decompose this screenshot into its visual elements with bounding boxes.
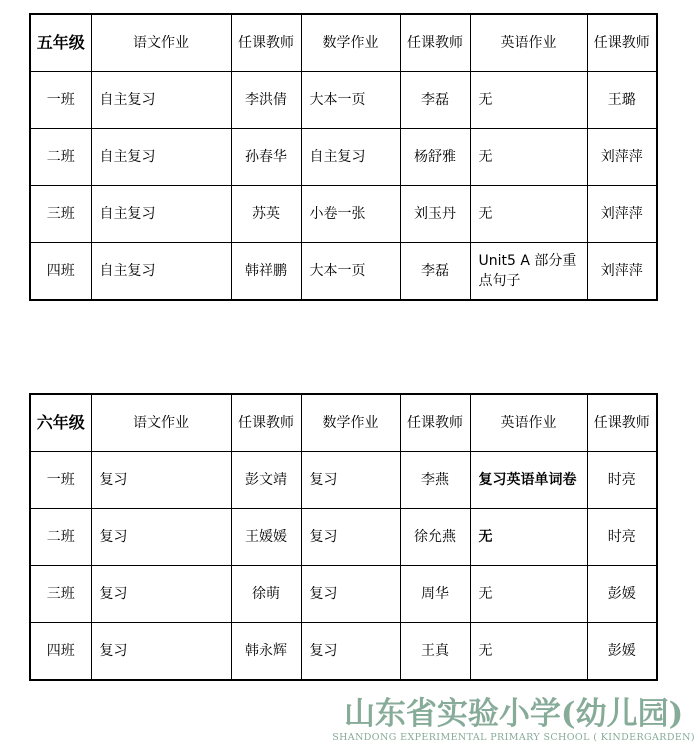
table-row: 四班 复习 韩永辉 复习 王真 无 彭媛	[30, 623, 657, 681]
header-cell: 英语作业	[470, 394, 587, 452]
class-cell: 二班	[30, 509, 91, 566]
teacher-cell: 徐萌	[231, 566, 301, 623]
teacher-cell: 刘萍萍	[587, 243, 657, 301]
english-homework-cell: 复习英语单词卷	[470, 452, 587, 509]
teacher-cell: 刘萍萍	[587, 129, 657, 186]
header-cell: 任课教师	[231, 394, 301, 452]
class-cell: 二班	[30, 129, 91, 186]
grade-label: 五年级	[30, 14, 91, 72]
table-row: 三班 自主复习 苏英 小卷一张 刘玉丹 无 刘萍萍	[30, 186, 657, 243]
table-row: 三班 复习 徐萌 复习 周华 无 彭媛	[30, 566, 657, 623]
chinese-homework-cell: 复习	[91, 623, 231, 681]
header-cell: 数学作业	[301, 14, 400, 72]
school-logo-english: SHANDONG EXPERIMENTAL PRIMARY SCHOOL ( K…	[332, 732, 695, 743]
header-cell: 任课教师	[231, 14, 301, 72]
teacher-cell: 彭文靖	[231, 452, 301, 509]
teacher-cell: 王璐	[587, 72, 657, 129]
chinese-homework-cell: 自主复习	[91, 243, 231, 301]
teacher-cell: 李磊	[400, 243, 470, 301]
table-header-row: 五年级 语文作业 任课教师 数学作业 任课教师 英语作业 任课教师	[30, 14, 657, 72]
teacher-cell: 杨舒雅	[400, 129, 470, 186]
math-homework-cell: 复习	[301, 623, 400, 681]
teacher-cell: 苏英	[231, 186, 301, 243]
teacher-cell: 徐允燕	[400, 509, 470, 566]
class-cell: 三班	[30, 186, 91, 243]
class-cell: 三班	[30, 566, 91, 623]
class-cell: 四班	[30, 623, 91, 681]
class-cell: 一班	[30, 72, 91, 129]
header-cell: 英语作业	[470, 14, 587, 72]
teacher-cell: 李燕	[400, 452, 470, 509]
table-row: 二班 自主复习 孙春华 自主复习 杨舒雅 无 刘萍萍	[30, 129, 657, 186]
header-cell: 任课教师	[587, 14, 657, 72]
teacher-cell: 时亮	[587, 509, 657, 566]
chinese-homework-cell: 自主复习	[91, 129, 231, 186]
english-homework-cell: 无	[470, 623, 587, 681]
math-homework-cell: 大本一页	[301, 72, 400, 129]
class-cell: 四班	[30, 243, 91, 301]
table-row: 二班 复习 王媛媛 复习 徐允燕 无 时亮	[30, 509, 657, 566]
teacher-cell: 李磊	[400, 72, 470, 129]
teacher-cell: 王媛媛	[231, 509, 301, 566]
page: 五年级 语文作业 任课教师 数学作业 任课教师 英语作业 任课教师 一班 自主复…	[0, 0, 698, 746]
english-homework-cell: 无	[470, 186, 587, 243]
teacher-cell: 韩永辉	[231, 623, 301, 681]
chinese-homework-cell: 自主复习	[91, 72, 231, 129]
teacher-cell: 韩祥鹏	[231, 243, 301, 301]
math-homework-cell: 自主复习	[301, 129, 400, 186]
math-homework-cell: 复习	[301, 452, 400, 509]
teacher-cell: 刘玉丹	[400, 186, 470, 243]
math-homework-cell: 小卷一张	[301, 186, 400, 243]
teacher-cell: 彭媛	[587, 566, 657, 623]
math-homework-cell: 复习	[301, 566, 400, 623]
table-row: 一班 自主复习 李洪倩 大本一页 李磊 无 王璐	[30, 72, 657, 129]
teacher-cell: 彭媛	[587, 623, 657, 681]
math-homework-cell: 大本一页	[301, 243, 400, 301]
english-homework-cell: 无	[470, 129, 587, 186]
chinese-homework-cell: 复习	[91, 566, 231, 623]
chinese-homework-cell: 复习	[91, 452, 231, 509]
header-cell: 语文作业	[91, 14, 231, 72]
header-cell: 任课教师	[587, 394, 657, 452]
school-logo-chinese: 山东省实验小学(幼儿园)	[332, 697, 695, 731]
teacher-cell: 李洪倩	[231, 72, 301, 129]
grade5-homework-table: 五年级 语文作业 任课教师 数学作业 任课教师 英语作业 任课教师 一班 自主复…	[29, 13, 658, 301]
chinese-homework-cell: 复习	[91, 509, 231, 566]
english-homework-cell: Unit5 A 部分重点句子	[470, 243, 587, 301]
school-logo: 山东省实验小学(幼儿园) SHANDONG EXPERIMENTAL PRIMA…	[332, 697, 695, 743]
grade-label: 六年级	[30, 394, 91, 452]
teacher-cell: 周华	[400, 566, 470, 623]
table-row: 一班 复习 彭文靖 复习 李燕 复习英语单词卷 时亮	[30, 452, 657, 509]
english-homework-cell: 无	[470, 72, 587, 129]
teacher-cell: 时亮	[587, 452, 657, 509]
math-homework-cell: 复习	[301, 509, 400, 566]
teacher-cell: 孙春华	[231, 129, 301, 186]
teacher-cell: 王真	[400, 623, 470, 681]
table-row: 四班 自主复习 韩祥鹏 大本一页 李磊 Unit5 A 部分重点句子 刘萍萍	[30, 243, 657, 301]
header-cell: 任课教师	[400, 14, 470, 72]
header-cell: 语文作业	[91, 394, 231, 452]
grade6-homework-table: 六年级 语文作业 任课教师 数学作业 任课教师 英语作业 任课教师 一班 复习 …	[29, 393, 658, 681]
class-cell: 一班	[30, 452, 91, 509]
english-homework-cell: 无	[470, 509, 587, 566]
english-homework-cell: 无	[470, 566, 587, 623]
teacher-cell: 刘萍萍	[587, 186, 657, 243]
header-cell: 任课教师	[400, 394, 470, 452]
chinese-homework-cell: 自主复习	[91, 186, 231, 243]
table-header-row: 六年级 语文作业 任课教师 数学作业 任课教师 英语作业 任课教师	[30, 394, 657, 452]
header-cell: 数学作业	[301, 394, 400, 452]
